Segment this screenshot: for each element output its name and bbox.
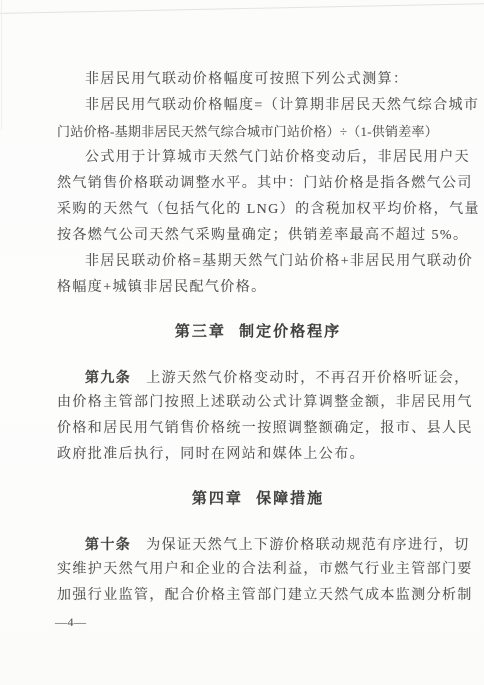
doc-line: 加强行业监管，配合价格主管部门建立天然气成本监测分析制 bbox=[57, 583, 459, 609]
doc-line: 第十条为保证天然气上下游价格联动规范有序进行，切 bbox=[57, 531, 459, 557]
section-heading: 第四章 保障措施 bbox=[57, 486, 459, 512]
doc-line-text: 上游天然气价格变动时，不再召开价格听证会， bbox=[146, 371, 469, 386]
doc-line: 然气销售价格联动调整水平。其中：门站价格是指各燃气公司 bbox=[57, 171, 459, 197]
doc-line: 价格和居民用气销售价格统一按照调整额确定，报市、县人民 bbox=[57, 416, 459, 442]
doc-line-text: 为保证天然气上下游价格联动规范有序进行，切 bbox=[146, 538, 469, 553]
doc-line: 实维护天然气用户和企业的合法利益，市燃气行业主管部门要 bbox=[57, 557, 459, 583]
doc-line: 非居民联动价格=基期天然气门站价格+非居民用气联动价 bbox=[57, 249, 459, 275]
document-body: 非居民用气联动价格幅度可按照下列公式测算：非居民用气联动价格幅度=（计算期非居民… bbox=[0, 0, 484, 609]
doc-line: 政府批准后执行，同时在网站和媒体上公布。 bbox=[57, 442, 459, 468]
doc-line: 门站价格-基期非居民天然气综合城市门站价格）÷（1-供销差率） bbox=[57, 119, 459, 145]
doc-line: 按各燃气公司天然气采购量确定；供销差率最高不超过 5%。 bbox=[57, 223, 459, 249]
article-number-label: 第十条 bbox=[85, 536, 131, 552]
page-number: —4— bbox=[55, 615, 484, 630]
doc-line: 采购的天然气（包括气化的 LNG）的含税加权平均价格，气量 bbox=[57, 197, 459, 223]
doc-line: 非居民用气联动价格幅度可按照下列公式测算： bbox=[57, 67, 459, 93]
section-heading: 第三章 制定价格程序 bbox=[57, 319, 459, 345]
doc-line: 由价格主管部门按照上述联动公式计算调整金额，非居民用气 bbox=[57, 390, 459, 416]
article-number-label: 第九条 bbox=[85, 369, 131, 385]
doc-line: 非居民用气联动价格幅度=（计算期非居民天然气综合城市 bbox=[57, 93, 459, 119]
doc-line: 格幅度+城镇非居民配气价格。 bbox=[57, 275, 459, 301]
scanned-document-page: 非居民用气联动价格幅度可按照下列公式测算：非居民用气联动价格幅度=（计算期非居民… bbox=[0, 0, 484, 685]
doc-line: 第九条上游天然气价格变动时，不再召开价格听证会， bbox=[57, 364, 459, 390]
doc-line: 公式用于计算城市天然气门站价格变动后，非居民用户天 bbox=[57, 145, 459, 171]
